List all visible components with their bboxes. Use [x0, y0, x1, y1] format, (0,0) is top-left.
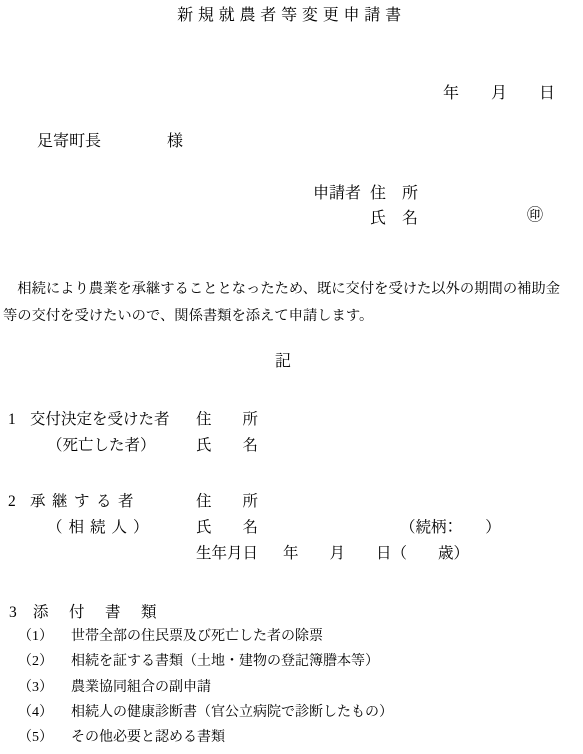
attachment-item-text: その他必要と認める書類 — [71, 731, 225, 745]
addressee-name: 足寄町長 — [37, 134, 101, 150]
applicant-address-label: 住 所 — [370, 186, 418, 202]
section1-number: 1 — [8, 412, 16, 428]
attachment-item-no: （4） — [18, 706, 53, 720]
section3-label: 添付書類 — [33, 605, 177, 621]
section2-name-label: 氏 名 — [196, 520, 258, 536]
applicant-name-label: 氏 名 — [370, 211, 418, 227]
attachment-item-no: （1） — [18, 630, 53, 644]
addressee-honorific: 様 — [167, 134, 183, 150]
date-line: 年 月 日 — [443, 86, 555, 102]
section1-address-label: 住 所 — [196, 412, 258, 428]
section3-number: 3 — [9, 605, 17, 621]
attachment-item-no: （3） — [18, 681, 53, 695]
section2-number: 2 — [8, 494, 16, 510]
section2-label: 承継する者 — [30, 494, 140, 510]
record-heading: 記 — [275, 354, 291, 370]
section2-sublabel: （相続人） — [47, 520, 155, 536]
seal-mark-icon: ㊞ — [527, 208, 543, 224]
attachment-item-no: （2） — [18, 655, 53, 669]
page-title: 新規就農者等変更申請書 — [0, 8, 583, 24]
section2-address-label: 住 所 — [196, 494, 258, 510]
attachment-item-no: （5） — [18, 731, 53, 745]
section2-birthdate-fields: 年 月 日（ 歳） — [283, 546, 469, 562]
attachment-item-text: 相続人の健康診断書（官公立病院で診断したもの） — [71, 706, 393, 720]
section2-birthdate-label: 生年月日 — [196, 546, 258, 562]
application-form-page: 新規就農者等変更申請書 年 月 日 足寄町長 様 申請者 住 所 氏 名 ㊞ 相… — [0, 0, 583, 754]
body-paragraph-line-2: 等の交付を受けたいので、関係書類を添えて申請します。 — [3, 309, 373, 323]
section1-sublabel: （死亡した者） — [47, 438, 156, 454]
section1-label: 交付決定を受けた者 — [30, 412, 170, 428]
applicant-label: 申請者 — [313, 186, 361, 202]
body-paragraph-line-1: 相続により農業を承継することとなったため、既に交付を受けた以外の期間の補助金 — [3, 282, 560, 296]
attachment-item-text: 相続を証する書類（土地・建物の登記簿謄本等） — [71, 655, 379, 669]
section1-name-label: 氏 名 — [196, 438, 258, 454]
attachment-item-text: 世帯全部の住民票及び死亡した者の除票 — [71, 630, 323, 644]
attachment-item-text: 農業協同組合の副申請 — [71, 681, 211, 695]
section2-relation-label: （続柄： ） — [400, 520, 501, 536]
